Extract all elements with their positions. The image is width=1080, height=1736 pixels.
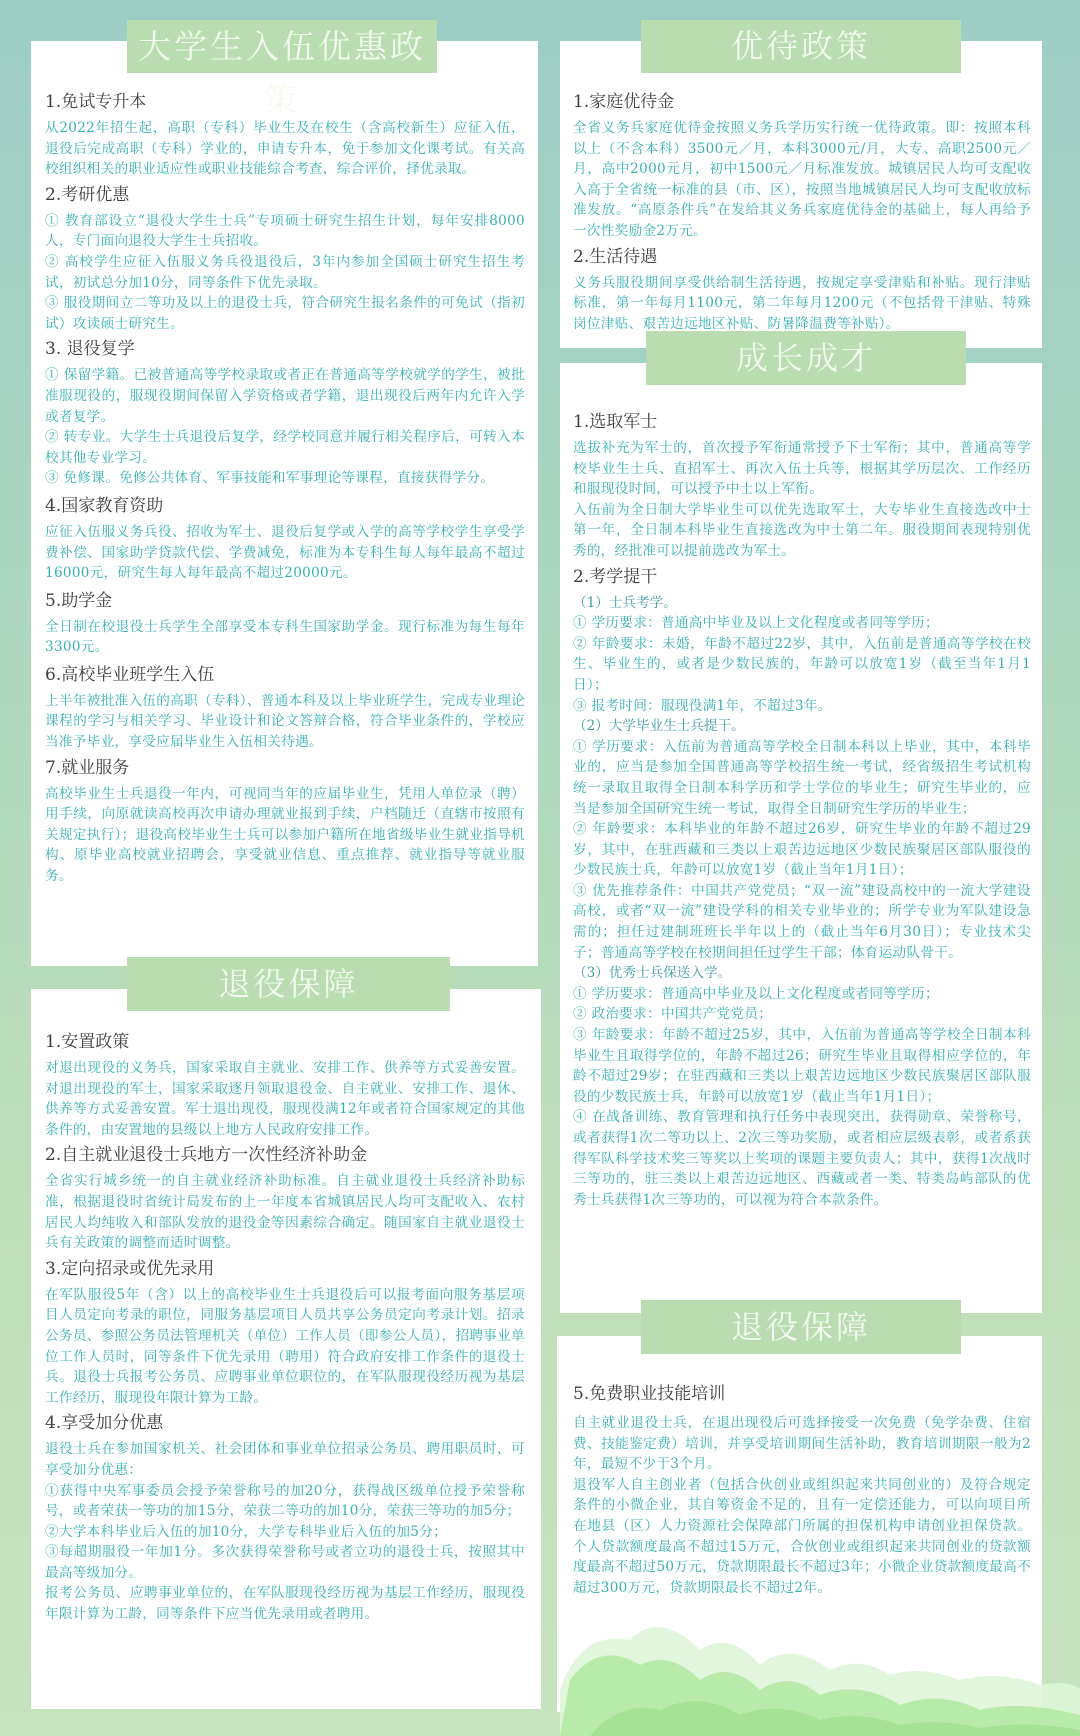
section-item: 4.享受加分优惠 退役士兵在参加国家机关、社会团体和事业单位招录公务员、聘用职员…	[45, 1412, 525, 1624]
section-item: 6.高校毕业班学生入伍 上半年被批准入伍的高职（专科）、普通本科及以上毕业班学生…	[45, 664, 525, 753]
section-item: 1.选取军士 选拔补充为军士的，首次授予军衔通常授予下士军衔；其中，普通高等学校…	[573, 411, 1031, 562]
section-item: 2.生活待遇 义务兵服役期间享受供给制生活待遇，按规定享受津贴和补贴。现行津贴标…	[573, 246, 1031, 335]
section-title: 2.考研优惠	[45, 184, 525, 206]
card-college-enlistment-policy: 1.免试专升本 从2022年招生起，高职（专科）毕业生及在校生（含高校新生）应征…	[31, 41, 538, 966]
section-item: 1.家庭优待金 全省义务兵家庭优待金按照义务兵学历实行统一优待政策。即：按照本科…	[573, 91, 1031, 242]
card-retirement-guarantee: 1.安置政策 对退出现役的义务兵，国家采取自主就业、安排工作、供养等方式妥善安置…	[31, 989, 541, 1709]
subsection-title: （2）大学毕业生士兵提干。	[573, 716, 1031, 737]
section-item: 5.助学金 全日制在校退役士兵学生全部享受本专科生国家助学金。现行标准为每生每年…	[45, 590, 525, 658]
paragraph: 退役军人自主创业者（包括合伙创业或组织起来共同创业的）及符合规定条件的小微企业，…	[573, 1475, 1031, 1599]
card-content: 1.家庭优待金 全省义务兵家庭优待金按照义务兵学历实行统一优待政策。即：按照本科…	[573, 87, 1031, 334]
section-title: 2.生活待遇	[573, 246, 1031, 268]
section-title: 2.考学提干	[573, 566, 1031, 588]
paragraph: ① 保留学籍。已被普通高等学校录取或者正在普通高等学校就学的学生，被批准服现役的…	[45, 365, 525, 427]
paragraph: 义务兵服役期间享受供给制生活待遇，按规定享受津贴和补贴。现行津贴标准，第一年每月…	[573, 273, 1031, 335]
paragraph: ① 学历要求：普通高中毕业及以上文化程度或者同等学历；	[573, 613, 1031, 634]
section-item: 3. 退役复学 ① 保留学籍。已被普通高等学校录取或者正在普通高等学校就学的学生…	[45, 338, 525, 489]
paragraph: 上半年被批准入伍的高职（专科）、普通本科及以上毕业班学生，完成专业理论课程的学习…	[45, 691, 525, 753]
paragraph: 报考公务员、应聘事业单位的，在军队服现役经历视为基层工作经历，服现役年限计算为工…	[45, 1583, 525, 1624]
paragraph: ① 学历要求：入伍前为普通高等学校全日制本科以上毕业，其中，本科毕业的，应当是参…	[573, 737, 1031, 819]
section-title: 1.家庭优待金	[573, 91, 1031, 113]
section-item: 5.免费职业技能培训 自主就业退役士兵，在退出现役后可选择接受一次免费（免学杂费…	[573, 1383, 1031, 1598]
paragraph: ③ 优先推荐条件：中国共产党党员；“双一流”建设高校中的一流大学建设高校，或者“…	[573, 881, 1031, 963]
paragraph: ③ 报考时间：服现役满1年，不超过3年。	[573, 696, 1031, 717]
section-title: 4.享受加分优惠	[45, 1412, 525, 1434]
section-title: 3.定向招录或优先录用	[45, 1258, 525, 1280]
card-preferential-treatment: 1.家庭优待金 全省义务兵家庭优待金按照义务兵学历实行统一优待政策。即：按照本科…	[560, 41, 1042, 348]
section-title: 4.国家教育资助	[45, 495, 525, 517]
paragraph: 对退出现役的义务兵，国家采取自主就业、安排工作、供养等方式妥善安置。对退出现役的…	[45, 1058, 525, 1140]
paragraph: ①获得中央军事委员会授予荣誉称号的加20分，获得战区级单位授予荣誉称号，或者荣获…	[45, 1481, 525, 1522]
banner-preferential-treatment: 优待政策	[641, 20, 961, 73]
section-item: 4.国家教育资助 应征入伍服义务兵役、招收为军士、退役后复学或入学的高等学校学生…	[45, 495, 525, 584]
paragraph: 在军队服役5年（含）以上的高校毕业生士兵退役后可以报考面向服务基层项目人员定向考…	[45, 1285, 525, 1409]
paragraph: 退役士兵在参加国家机关、社会团体和事业单位招录公务员、聘用职员时，可享受加分优惠…	[45, 1439, 525, 1480]
paragraph: 选拔补充为军士的，首次授予军衔通常授予下士军衔；其中，普通高等学校毕业生士兵、直…	[573, 438, 1031, 500]
paragraph: ③ 服役期间立二等功及以上的退役士兵，符合研究生报名条件的可免试（指初试）攻读硕…	[45, 293, 525, 334]
paragraph: ② 政治要求：中国共产党党员；	[573, 1004, 1031, 1025]
paragraph: 全省实行城乡统一的自主就业经济补助标准。自主就业退役士兵经济补助标准，根据退役时…	[45, 1171, 525, 1253]
paragraph: ① 教育部设立“退役大学生士兵”专项硕士研究生招生计划，每年安排8000人，专门…	[45, 211, 525, 252]
section-item: 3.定向招录或优先录用 在军队服役5年（含）以上的高校毕业生士兵退役后可以报考面…	[45, 1258, 525, 1409]
section-title: 2.自主就业退役士兵地方一次性经济补助金	[45, 1144, 525, 1166]
section-item: 2.考研优惠 ① 教育部设立“退役大学生士兵”专项硕士研究生招生计划，每年安排8…	[45, 184, 525, 335]
paragraph: ③ 年龄要求：年龄不超过25岁，其中，入伍前为普通高等学校全日制本科毕业生且取得…	[573, 1025, 1031, 1107]
card-retirement-guarantee-continued: 5.免费职业技能培训 自主就业退役士兵，在退出现役后可选择接受一次免费（免学杂费…	[557, 1336, 1042, 1712]
paragraph: ② 转专业。大学生士兵退役后复学，经学校同意并履行相关程序后，可转入本校其他专业…	[45, 427, 525, 468]
section-item: 7.就业服务 高校毕业生士兵退役一年内，可视同当年的应届毕业生，凭用人单位录（聘…	[45, 757, 525, 887]
banner-growth-development: 成长成才	[646, 331, 966, 385]
paragraph: ③每超期服役一年加1分。多次获得荣誉称号或者立功的退役士兵，按照其中最高等级加分…	[45, 1542, 525, 1583]
paragraph: 自主就业退役士兵，在退出现役后可选择接受一次免费（免学杂费、住宿费、技能鉴定费）…	[573, 1413, 1031, 1475]
paragraph: 高校毕业生士兵退役一年内，可视同当年的应届毕业生，凭用人单位录（聘）用手续，向原…	[45, 784, 525, 887]
card-content: 1.免试专升本 从2022年招生起，高职（专科）毕业生及在校生（含高校新生）应征…	[45, 87, 525, 887]
section-title: 6.高校毕业班学生入伍	[45, 664, 525, 686]
card-content: 1.选取军士 选拔补充为军士的，首次授予军衔通常授予下士军衔；其中，普通高等学校…	[573, 407, 1031, 1210]
banner-retirement-guarantee: 退役保障	[127, 957, 450, 1011]
paragraph: 入伍前为全日制大学毕业生可以优先选取军士，大专毕业生直接选改中士第一年，全日制本…	[573, 500, 1031, 562]
section-item: 2.自主就业退役士兵地方一次性经济补助金 全省实行城乡统一的自主就业经济补助标准…	[45, 1144, 525, 1253]
section-title: 7.就业服务	[45, 757, 525, 779]
paragraph: ① 学历要求：普通高中毕业及以上文化程度或者同等学历；	[573, 984, 1031, 1005]
paragraph: 全省义务兵家庭优待金按照义务兵学历实行统一优待政策。即：按照本科以上（不含本科）…	[573, 118, 1031, 242]
section-title: 5.助学金	[45, 590, 525, 612]
paragraph: 从2022年招生起，高职（专科）毕业生及在校生（含高校新生）应征入伍，退役后完成…	[45, 118, 525, 180]
banner-college-enlistment-policy: 大学生入伍优惠政策	[127, 20, 437, 73]
card-content: 1.安置政策 对退出现役的义务兵，国家采取自主就业、安排工作、供养等方式妥善安置…	[45, 1027, 525, 1625]
banner-retirement-guarantee-continued: 退役保障	[641, 1300, 961, 1354]
section-title: 5.免费职业技能培训	[573, 1383, 1031, 1405]
paragraph: ② 高校学生应征入伍服义务兵役退役后，3年内参加全国硕士研究生招生考试，初试总分…	[45, 252, 525, 293]
card-content: 5.免费职业技能培训 自主就业退役士兵，在退出现役后可选择接受一次免费（免学杂费…	[573, 1379, 1031, 1598]
section-title: 1.选取军士	[573, 411, 1031, 433]
paragraph: ③ 免修课。免修公共体育、军事技能和军事理论等课程，直接获得学分。	[45, 468, 525, 489]
paragraph: ② 年龄要求：未婚，年龄不超过22岁，其中，入伍前是普通高等学校在校生、毕业生的…	[573, 634, 1031, 696]
paragraph: 全日制在校退役士兵学生全部享受本专科生国家助学金。现行标准为每生每年3300元。	[45, 617, 525, 658]
paragraph: ② 年龄要求：本科毕业的年龄不超过26岁，研究生毕业的年龄不超过29岁，其中，在…	[573, 819, 1031, 881]
section-item: 1.安置政策 对退出现役的义务兵，国家采取自主就业、安排工作、供养等方式妥善安置…	[45, 1031, 525, 1140]
section-title: 1.安置政策	[45, 1031, 525, 1053]
paragraph: ②大学本科毕业后入伍的加10分，大学专科毕业后入伍的加5分；	[45, 1522, 525, 1543]
subsection-title: （1）士兵考学。	[573, 593, 1031, 614]
subsection-title: （3）优秀士兵保送入学。	[573, 963, 1031, 984]
card-growth-development: 1.选取军士 选拔补充为军士的，首次授予军衔通常授予下士军衔；其中，普通高等学校…	[560, 363, 1042, 1313]
section-title: 3. 退役复学	[45, 338, 525, 360]
paragraph: 应征入伍服义务兵役、招收为军士、退役后复学或入学的高等学校学生享受学费补偿、国家…	[45, 522, 525, 584]
paragraph: ④ 在战备训练、教育管理和执行任务中表现突出，获得勋章、荣誉称号，或者获得1次二…	[573, 1107, 1031, 1210]
section-item: 2.考学提干 （1）士兵考学。 ① 学历要求：普通高中毕业及以上文化程度或者同等…	[573, 566, 1031, 1211]
